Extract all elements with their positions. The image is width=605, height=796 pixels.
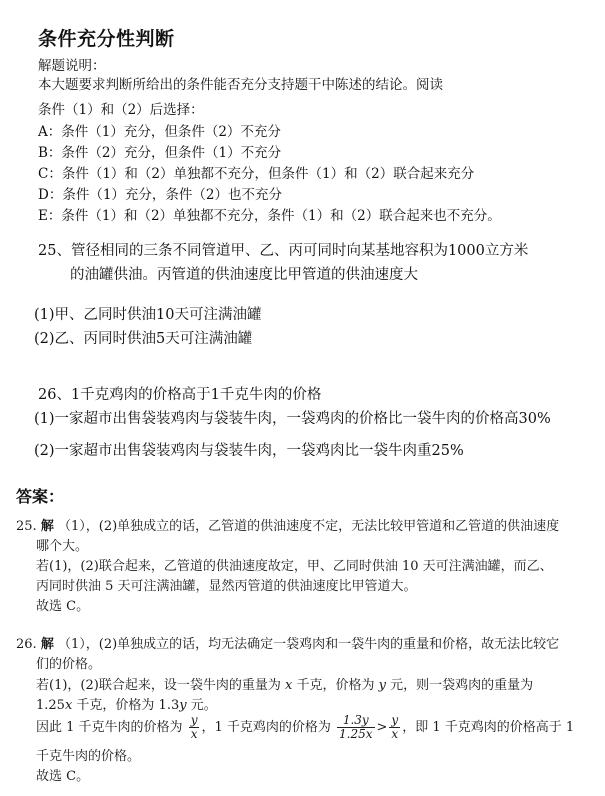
instructions-line-2: 条件（1）和（2）后选择： bbox=[38, 102, 204, 119]
denominator: x bbox=[189, 728, 200, 741]
var-y: y bbox=[179, 698, 186, 713]
numerator: y bbox=[389, 714, 400, 728]
question-stem: 1千克鸡肉的价格高于1千克牛肉的价格 bbox=[71, 387, 321, 403]
text: ，即 1 千克鸡肉的价格高于 1 bbox=[402, 720, 574, 735]
option-c: C：条件（1）和（2）单独都不充分，但条件（1）和（2）联合起来充分 bbox=[38, 166, 474, 183]
greater-than-sign: > bbox=[377, 720, 388, 735]
option-text: 条件（1）和（2）单独都不充分，但条件（1）和（2）联合起来充分 bbox=[62, 166, 474, 182]
fraction-y-over-x: yx bbox=[189, 714, 200, 741]
answer-26-line-2: 们的价格。 bbox=[36, 656, 101, 673]
numerator: 1.3y bbox=[337, 714, 375, 728]
question-number: 25、 bbox=[38, 243, 71, 259]
question-25-condition-1: (1)甲、乙同时供油10天可注满油罐 bbox=[34, 306, 262, 324]
answer-26-line-1: 26. 解 （1），(2)单独成立的话，均无法确定一袋鸡肉和一袋牛肉的重量和价格… bbox=[16, 636, 559, 653]
option-d: D：条件（1）充分，条件（2）也不充分 bbox=[38, 187, 282, 204]
text: 元，则一袋鸡肉的重量为 bbox=[386, 678, 533, 693]
answer-26-line-3: 若(1)，(2)联合起来，设一袋牛肉的重量为 x 千克，价格为 y 元，则一袋鸡… bbox=[36, 677, 533, 694]
option-key: E： bbox=[38, 208, 61, 224]
answer-25-line-3: 若(1)，(2)联合起来，乙管道的供油速度故定，甲、乙同时供油 10 天可注满油… bbox=[36, 558, 553, 575]
answer-text: （1），(2)单独成立的话，乙管道的供油速度不定，无法比较甲管道和乙管道的供油速… bbox=[58, 519, 559, 534]
text: 千克，价格为 bbox=[292, 678, 378, 693]
instructions-line-1: 本大题要求判断所给出的条件能否充分支持题干中陈述的结论。阅读 bbox=[38, 77, 443, 94]
option-text: 条件（1）充分，条件（2）也不充分 bbox=[62, 187, 282, 203]
answers-heading: 答案： bbox=[16, 484, 64, 507]
option-a: A：条件（1）充分，但条件（2）不充分 bbox=[38, 124, 281, 141]
answer-25-line-1: 25. 解 （1），(2)单独成立的话，乙管道的供油速度不定，无法比较甲管道和乙… bbox=[16, 518, 559, 535]
question-26-condition-2: (2)一家超市出售袋装鸡肉与袋装牛肉，一袋鸡肉比一袋牛肉重25% bbox=[34, 442, 464, 460]
text: ，1 千克鸡肉的价格为 bbox=[201, 720, 330, 735]
answer-26-line-5: 因此 1 千克牛肉的价格为 yx，1 千克鸡肉的价格为 1.3y1.25x>yx… bbox=[36, 714, 574, 742]
text: 元。 bbox=[187, 698, 217, 713]
answer-25-line-2: 哪个大。 bbox=[36, 538, 88, 555]
question-25-stem-1: 25、管径相同的三条不同管道甲、乙、丙可同时向某基地容积为1000立方米 bbox=[38, 242, 528, 260]
text: 若(1)，(2)联合起来，设一袋牛肉的重量为 bbox=[36, 678, 285, 693]
solution-label: 解 bbox=[41, 519, 54, 534]
answer-number: 25. bbox=[16, 519, 37, 534]
question-25-stem-2: 的油罐供油。丙管道的供油速度比甲管道的供油速度大 bbox=[70, 266, 418, 284]
answer-26-line-4: 1.25x 千克，价格为 1.3y 元。 bbox=[36, 697, 217, 714]
text: 千克，价格为 1.3 bbox=[72, 698, 179, 713]
denominator: x bbox=[389, 728, 400, 741]
page-title: 条件充分性判断 bbox=[38, 24, 175, 51]
answer-text: （1），(2)单独成立的话，均无法确定一袋鸡肉和一袋牛肉的重量和价格，故无法比较… bbox=[58, 637, 559, 652]
answer-25-line-4: 丙同时供油 5 天可注满油罐，显然丙管道的供油速度比甲管道大。 bbox=[36, 578, 417, 595]
question-stem: 管径相同的三条不同管道甲、乙、丙可同时向某基地容积为1000立方米 bbox=[71, 243, 528, 259]
answer-26-line-6: 千克牛肉的价格。 bbox=[36, 748, 140, 765]
numerator: y bbox=[189, 714, 200, 728]
option-text: 条件（2）充分，但条件（1）不充分 bbox=[61, 145, 281, 161]
solution-label: 解 bbox=[41, 637, 54, 652]
question-number: 26、 bbox=[38, 387, 71, 403]
option-key: C： bbox=[38, 166, 62, 182]
var-y: y bbox=[379, 678, 386, 693]
text: 因此 1 千克牛肉的价格为 bbox=[36, 720, 183, 735]
question-25-condition-2: (2)乙、丙同时供油5天可注满油罐 bbox=[34, 330, 252, 348]
question-26-stem: 26、1千克鸡肉的价格高于1千克牛肉的价格 bbox=[38, 386, 321, 404]
instructions-label: 解题说明： bbox=[38, 58, 106, 75]
option-key: D： bbox=[38, 187, 62, 203]
answer-number: 26. bbox=[16, 637, 37, 652]
text: 1.25 bbox=[36, 698, 65, 713]
option-text: 条件（1）充分，但条件（2）不充分 bbox=[61, 124, 281, 140]
answer-26-line-7: 故选 C。 bbox=[36, 768, 89, 785]
fraction-chicken-price: 1.3y1.25x bbox=[337, 714, 375, 741]
answer-25-line-5: 故选 C。 bbox=[36, 598, 89, 615]
fraction-y-over-x: yx bbox=[389, 714, 400, 741]
option-key: A： bbox=[38, 124, 61, 140]
option-key: B： bbox=[38, 145, 61, 161]
denominator: 1.25x bbox=[337, 728, 375, 741]
option-e: E：条件（1）和（2）单独都不充分，条件（1）和（2）联合起来也不充分。 bbox=[38, 208, 501, 225]
option-b: B：条件（2）充分，但条件（1）不充分 bbox=[38, 145, 281, 162]
option-text: 条件（1）和（2）单独都不充分，条件（1）和（2）联合起来也不充分。 bbox=[61, 208, 500, 224]
question-26-condition-1: (1)一家超市出售袋装鸡肉与袋装牛肉，一袋鸡肉的价格比一袋牛肉的价格高30% bbox=[34, 410, 551, 428]
